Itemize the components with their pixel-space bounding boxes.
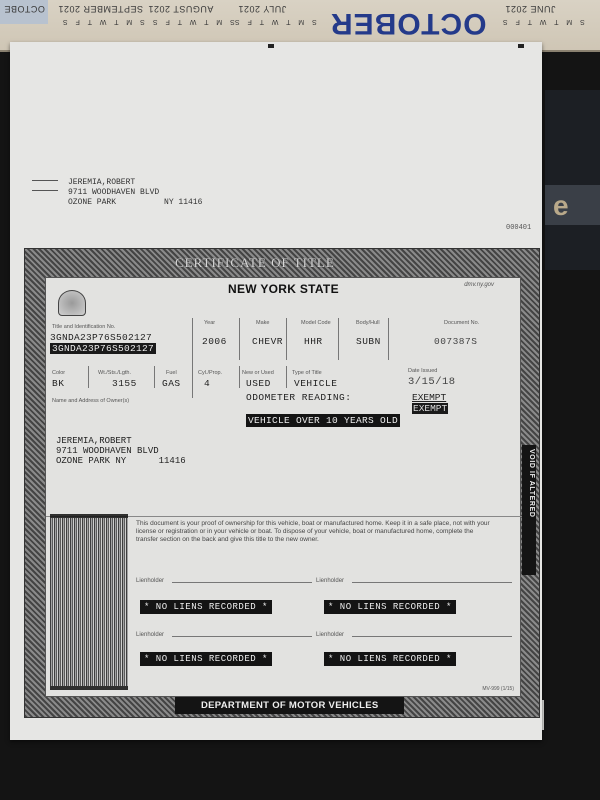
color-value: BK [52, 378, 64, 389]
vin-value: 3GNDA23P76S502127 [50, 332, 152, 343]
calendar-month: SEPTEMBER 2021 [58, 4, 143, 14]
calendar-weekdays: S M T W T F S [232, 18, 317, 25]
mailer-name: JEREMIA,ROBERT [68, 178, 135, 187]
make-label: Make [256, 320, 269, 326]
website-link: dmv.ny.gov [464, 282, 494, 288]
ownership-notice: This document is your proof of ownership… [136, 520, 492, 544]
lienholder-line [352, 636, 512, 637]
column-divider [286, 318, 287, 360]
date-issued-value: 3/15/18 [408, 376, 456, 388]
background-glyph: e [553, 190, 569, 222]
column-divider [88, 366, 89, 388]
year-label: Year [204, 320, 215, 326]
mailer-form-number: 000401 [506, 224, 531, 232]
make-value: CHEVR [252, 336, 283, 347]
weight-value: 3155 [112, 378, 137, 389]
cyl-value: 4 [204, 378, 210, 389]
column-divider [239, 318, 240, 360]
calendar-weekdays: S M T W T F S [150, 18, 235, 25]
dmv-footer-banner: DEPARTMENT OF MOTOR VEHICLES [175, 697, 404, 714]
vin-label: Title and Identification No. [52, 324, 115, 330]
lienholder-value: * NO LIENS RECORDED * [324, 600, 456, 614]
lienholder-line [352, 582, 512, 583]
calendar-month-title: OCTOBER [330, 6, 486, 40]
calendar-weekdays: S M T W T F S [60, 18, 145, 25]
security-barcode [50, 514, 128, 690]
certificate-banner-title: CERTIFICATE OF TITLE [175, 255, 335, 271]
lienholder-label: Lienholder [136, 578, 164, 584]
calendar-weekdays: S M T W T F S [500, 18, 585, 25]
column-divider [239, 366, 240, 388]
new-used-label: New or Used [242, 370, 274, 376]
state-seal-icon [58, 290, 86, 316]
background-object: e [545, 90, 600, 270]
date-issued-label: Date Issued [408, 368, 437, 374]
body-label: Body/Hull [356, 320, 380, 326]
calendar-month: JULY 2021 [238, 4, 286, 14]
column-divider [154, 366, 155, 388]
column-divider [338, 318, 339, 360]
certificate-body: NEW YORK STATE dmv.ny.gov Title and Iden… [45, 277, 521, 697]
perforation-mark [268, 44, 274, 48]
cyl-label: Cyl./Prop. [198, 370, 222, 376]
mailer-street: 9711 WOODHAVEN BLVD [68, 188, 159, 197]
lienholder-value: * NO LIENS RECORDED * [140, 652, 272, 666]
vin-highlight: 3GNDA23P76S502127 [50, 343, 156, 354]
title-document: JEREMIA,ROBERT 9711 WOODHAVEN BLVD OZONE… [10, 42, 542, 740]
state-title: NEW YORK STATE [228, 282, 339, 296]
lienholder-line [172, 636, 312, 637]
owner-street: 9711 WOODHAVEN BLVD [56, 446, 159, 456]
lienholder-value: * NO LIENS RECORDED * [140, 600, 272, 614]
lienholder-label: Lienholder [316, 578, 344, 584]
form-id: MV-999 (1/15) [482, 686, 514, 692]
fuel-value: GAS [162, 378, 181, 389]
body-value: SUBN [356, 336, 381, 347]
column-divider [192, 318, 193, 398]
title-type-label: Type of Title [292, 370, 322, 376]
odometer-label: ODOMETER READING: [246, 392, 351, 403]
lienholder-line [172, 582, 312, 583]
document-number-value: 007387S [434, 336, 477, 347]
document-number-label: Document No. [444, 320, 479, 326]
certificate-of-title: CERTIFICATE OF TITLE NEW YORK STATE dmv.… [24, 248, 540, 718]
odometer-value-secondary: EXEMPT [412, 403, 448, 414]
column-divider [286, 366, 287, 388]
mailer-city: OZONE PARK NY 11416 [68, 198, 202, 207]
lienholder-label: Lienholder [316, 632, 344, 638]
title-type-value: VEHICLE [294, 378, 337, 389]
void-if-altered-text: VOID IF ALTERED [528, 449, 535, 518]
mailer-address: JEREMIA,ROBERT 9711 WOODHAVEN BLVD OZONE… [68, 178, 202, 208]
owner-city: OZONE PARK NY 11416 [56, 456, 186, 466]
calendar-month: AUGUST 2021 [148, 4, 213, 14]
owner-address: JEREMIA,ROBERT 9711 WOODHAVEN BLVD OZONE… [56, 436, 186, 466]
mailer-lines [32, 180, 58, 200]
fuel-label: Fuel [166, 370, 177, 376]
odometer-value: EXEMPT [412, 392, 446, 403]
model-label: Model Code [301, 320, 331, 326]
calendar-month: OCTOBE [4, 4, 45, 14]
lienholder-label: Lienholder [136, 632, 164, 638]
calendar-month: JUNE 2021 [505, 4, 556, 14]
owner-label: Name and Address of Owner(s) [52, 398, 129, 404]
column-divider [388, 318, 389, 360]
lienholder-value: * NO LIENS RECORDED * [324, 652, 456, 666]
weight-label: Wt./Sts./Lgth. [98, 370, 131, 376]
model-value: HHR [304, 336, 323, 347]
year-value: 2006 [202, 336, 227, 347]
perforation-mark [518, 44, 524, 48]
owner-name: JEREMIA,ROBERT [56, 436, 132, 446]
odometer-note: VEHICLE OVER 10 YEARS OLD [246, 414, 400, 427]
color-label: Color [52, 370, 65, 376]
new-used-value: USED [246, 378, 271, 389]
